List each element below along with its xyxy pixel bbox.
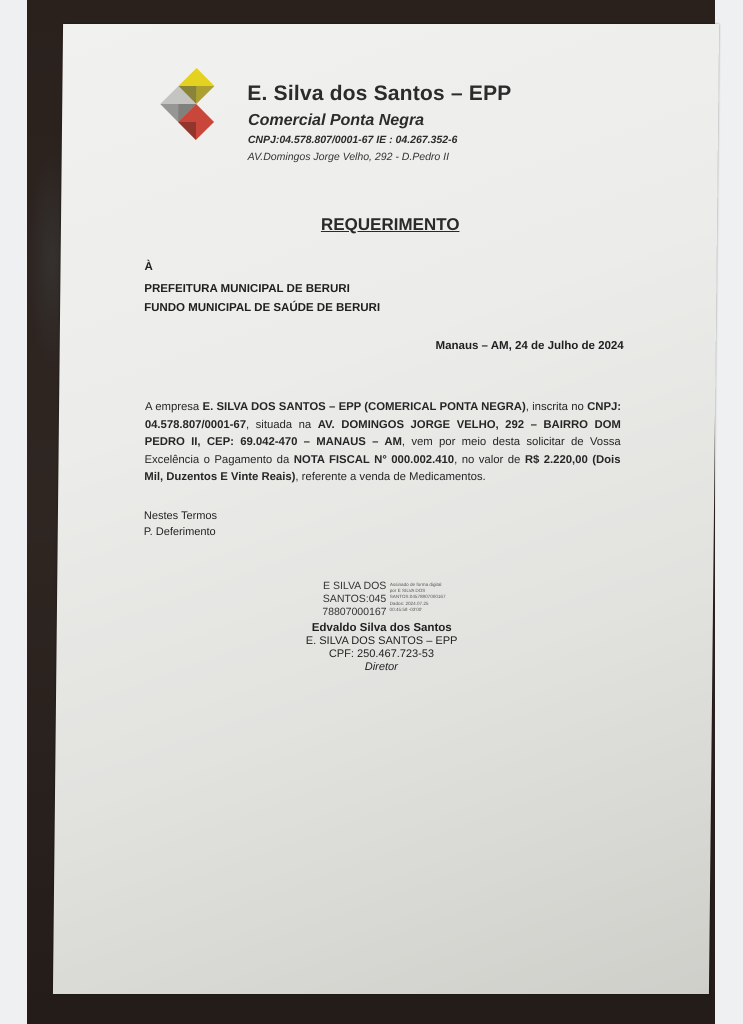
signer-cpf: CPF: 250.467.723-53 [296,648,466,660]
digital-signature-name-line: 78807000167 [322,606,386,619]
document-page: E. Silva dos Santos – EPP Comercial Pont… [53,24,719,994]
signer-company: E. SILVA DOS SANTOS – EPP [297,635,467,647]
body-invoice: NOTA FISCAL N° 000.002.410 [294,454,454,466]
body-text: , inscrita no [526,401,588,413]
four-diamond-logo-icon [158,66,221,150]
body-text: , situada na [246,419,318,431]
recipient-line: PREFEITURA MUNICIPAL DE BERURI [144,283,350,295]
digital-signature-name-line: E SILVA DOS [322,580,386,593]
signer-role: Diretor [296,661,466,673]
place-date: Manaus – AM, 24 de Julho de 2024 [436,340,624,352]
body-text: A empresa [145,401,203,413]
closing: Nestes Termos P. Deferimento [144,508,217,540]
signer-name: Edvaldo Silva dos Santos [297,622,467,634]
digital-signature-meta-line: 00:45:58 -03'00' [390,607,442,613]
company-address: AV.Domingos Jorge Velho, 292 - D.Pedro I… [248,151,449,163]
trade-name: Comercial Ponta Negra [248,112,424,130]
body-company: E. SILVA DOS SANTOS – EPP (COMERICAL PON… [203,401,526,413]
company-name: E. Silva dos Santos – EPP [247,82,511,106]
recipient-line: FUNDO MUNICIPAL DE SAÚDE DE BERURI [144,302,380,314]
signature-block: E SILVA DOS SANTOS:045 78807000167 Assin… [296,580,467,673]
request-body: A empresa E. SILVA DOS SANTOS – EPP (COM… [144,399,621,487]
digital-signature-name-line: SANTOS:045 [322,593,386,606]
digital-signature-meta: Assinado de forma digital por E SILVA DO… [390,582,442,613]
closing-line: P. Deferimento [144,524,217,540]
document-title: REQUERIMENTO [321,215,460,235]
closing-line: Nestes Termos [144,508,217,524]
digital-signature: E SILVA DOS SANTOS:045 78807000167 Assin… [297,580,467,619]
company-registration: CNPJ:04.578.807/0001-67 IE : 04.267.352-… [248,134,458,146]
body-text: , no valor de [454,454,525,466]
digital-signature-meta-line: SANTOS:04578807000167 [390,594,442,600]
digital-signature-name: E SILVA DOS SANTOS:045 78807000167 [322,580,387,619]
body-text: , referente a venda de Medicamentos. [295,471,485,483]
salutation: À [144,261,152,273]
